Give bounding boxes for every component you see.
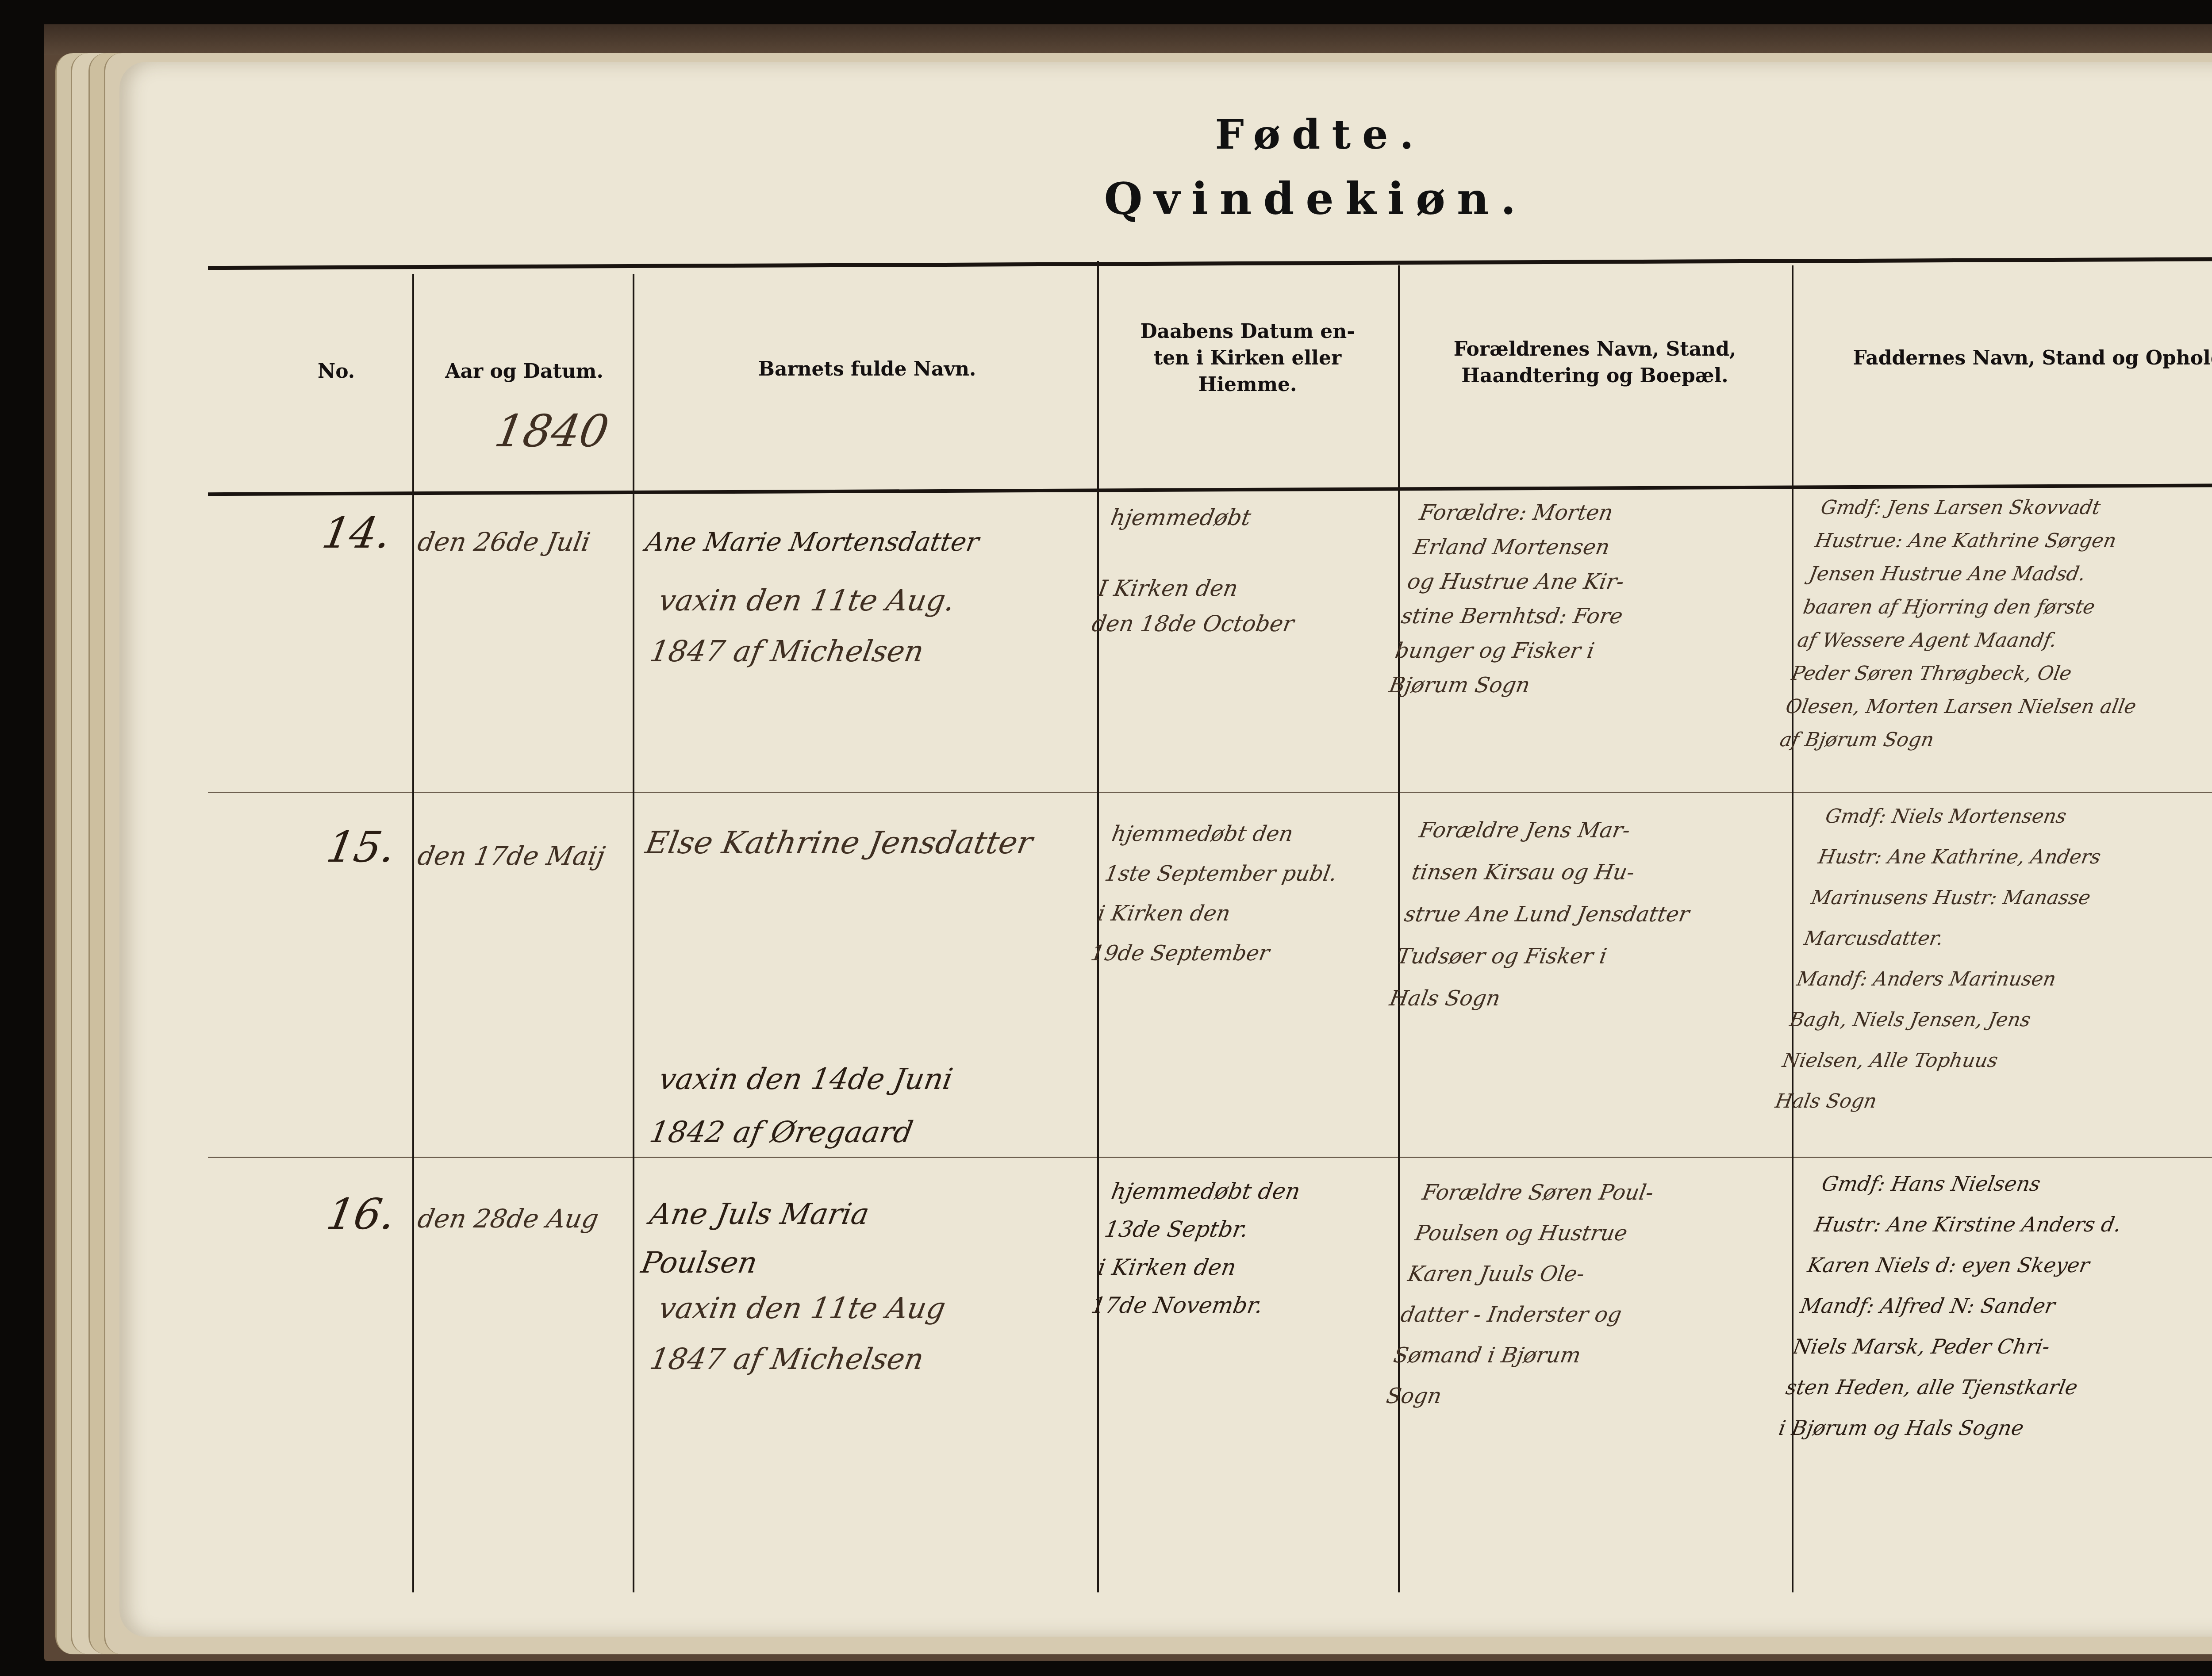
row-divider-14-15 <box>208 792 2212 793</box>
entry-child-name: Ane Juls Maria Poulsen <box>637 1190 873 1287</box>
entry-vaccination-note: vaxin den 14de Juni 1842 af Øregaard <box>645 1053 957 1159</box>
entry-birth-date: den 28de Aug <box>415 1199 602 1239</box>
entry-baptism: hjemmedøbt den 1ste September publ. i Ki… <box>1087 814 1347 973</box>
book-cover-top-edge <box>44 24 2212 55</box>
entry-number: 15. <box>324 827 399 867</box>
entry-baptism: hjemmedøbt I Kirken den den 18de October <box>1089 500 1316 641</box>
header-baptism-date: Daabens Datum en- ten i Kirken eller Hie… <box>1099 318 1396 398</box>
entry-birth-date: den 17de Maij <box>415 836 608 876</box>
year-label: 1840 <box>492 411 611 451</box>
col-rule-no <box>412 274 414 1592</box>
col-rule-date <box>633 274 634 1592</box>
page-subtitle: Qvindekiøn. <box>0 173 2212 225</box>
entry-godparents: Gmdf: Hans Nielsens Hustr: Ane Kirstine … <box>1775 1163 2131 1448</box>
entry-birth-date: den 26de Juli <box>415 522 594 562</box>
entry-parents: Forældre: Morten Erland Mortensen og Hus… <box>1386 495 1644 702</box>
header-no: No. <box>305 358 367 385</box>
header-date: Aar og Datum. <box>416 358 633 385</box>
entry-number: 16. <box>324 1194 399 1234</box>
entry-vaccination-note: vaxin den 11te Aug 1847 af Michelsen <box>646 1283 950 1385</box>
entry-number: 14. <box>319 513 394 553</box>
page-title: Fødte. <box>0 111 2212 158</box>
header-child-name: Barnets fulde Navn. <box>637 356 1097 383</box>
entry-parents: Forældre Søren Poul- Poulsen og Hustrue … <box>1383 1172 1657 1416</box>
entry-child-name: Else Kathrine Jensdatter <box>642 823 1036 863</box>
header-godparents: Faddernes Navn, Stand og Opholdssted. <box>1794 345 2212 372</box>
entry-vaccination-note: vaxin den 11te Aug. 1847 af Michelsen <box>646 575 959 677</box>
entry-child-name: Ane Marie Mortensdatter <box>642 522 982 562</box>
header-parents: Forældrenes Navn, Stand, Haandtering og … <box>1400 336 1790 389</box>
entry-baptism: hjemmedøbt den 13de Septbr. i Kirken den… <box>1088 1172 1303 1324</box>
entry-godparents: Gmdf: Niels Mortensens Hustr: Ane Kathri… <box>1772 796 2111 1122</box>
entry-godparents: Gmdf: Jens Larsen Skovvadt Hustrue: Ane … <box>1777 491 2174 756</box>
entry-parents: Forældre Jens Mar- tinsen Kirsau og Hu- … <box>1386 809 1708 1020</box>
row-divider-15-16 <box>208 1157 2212 1158</box>
